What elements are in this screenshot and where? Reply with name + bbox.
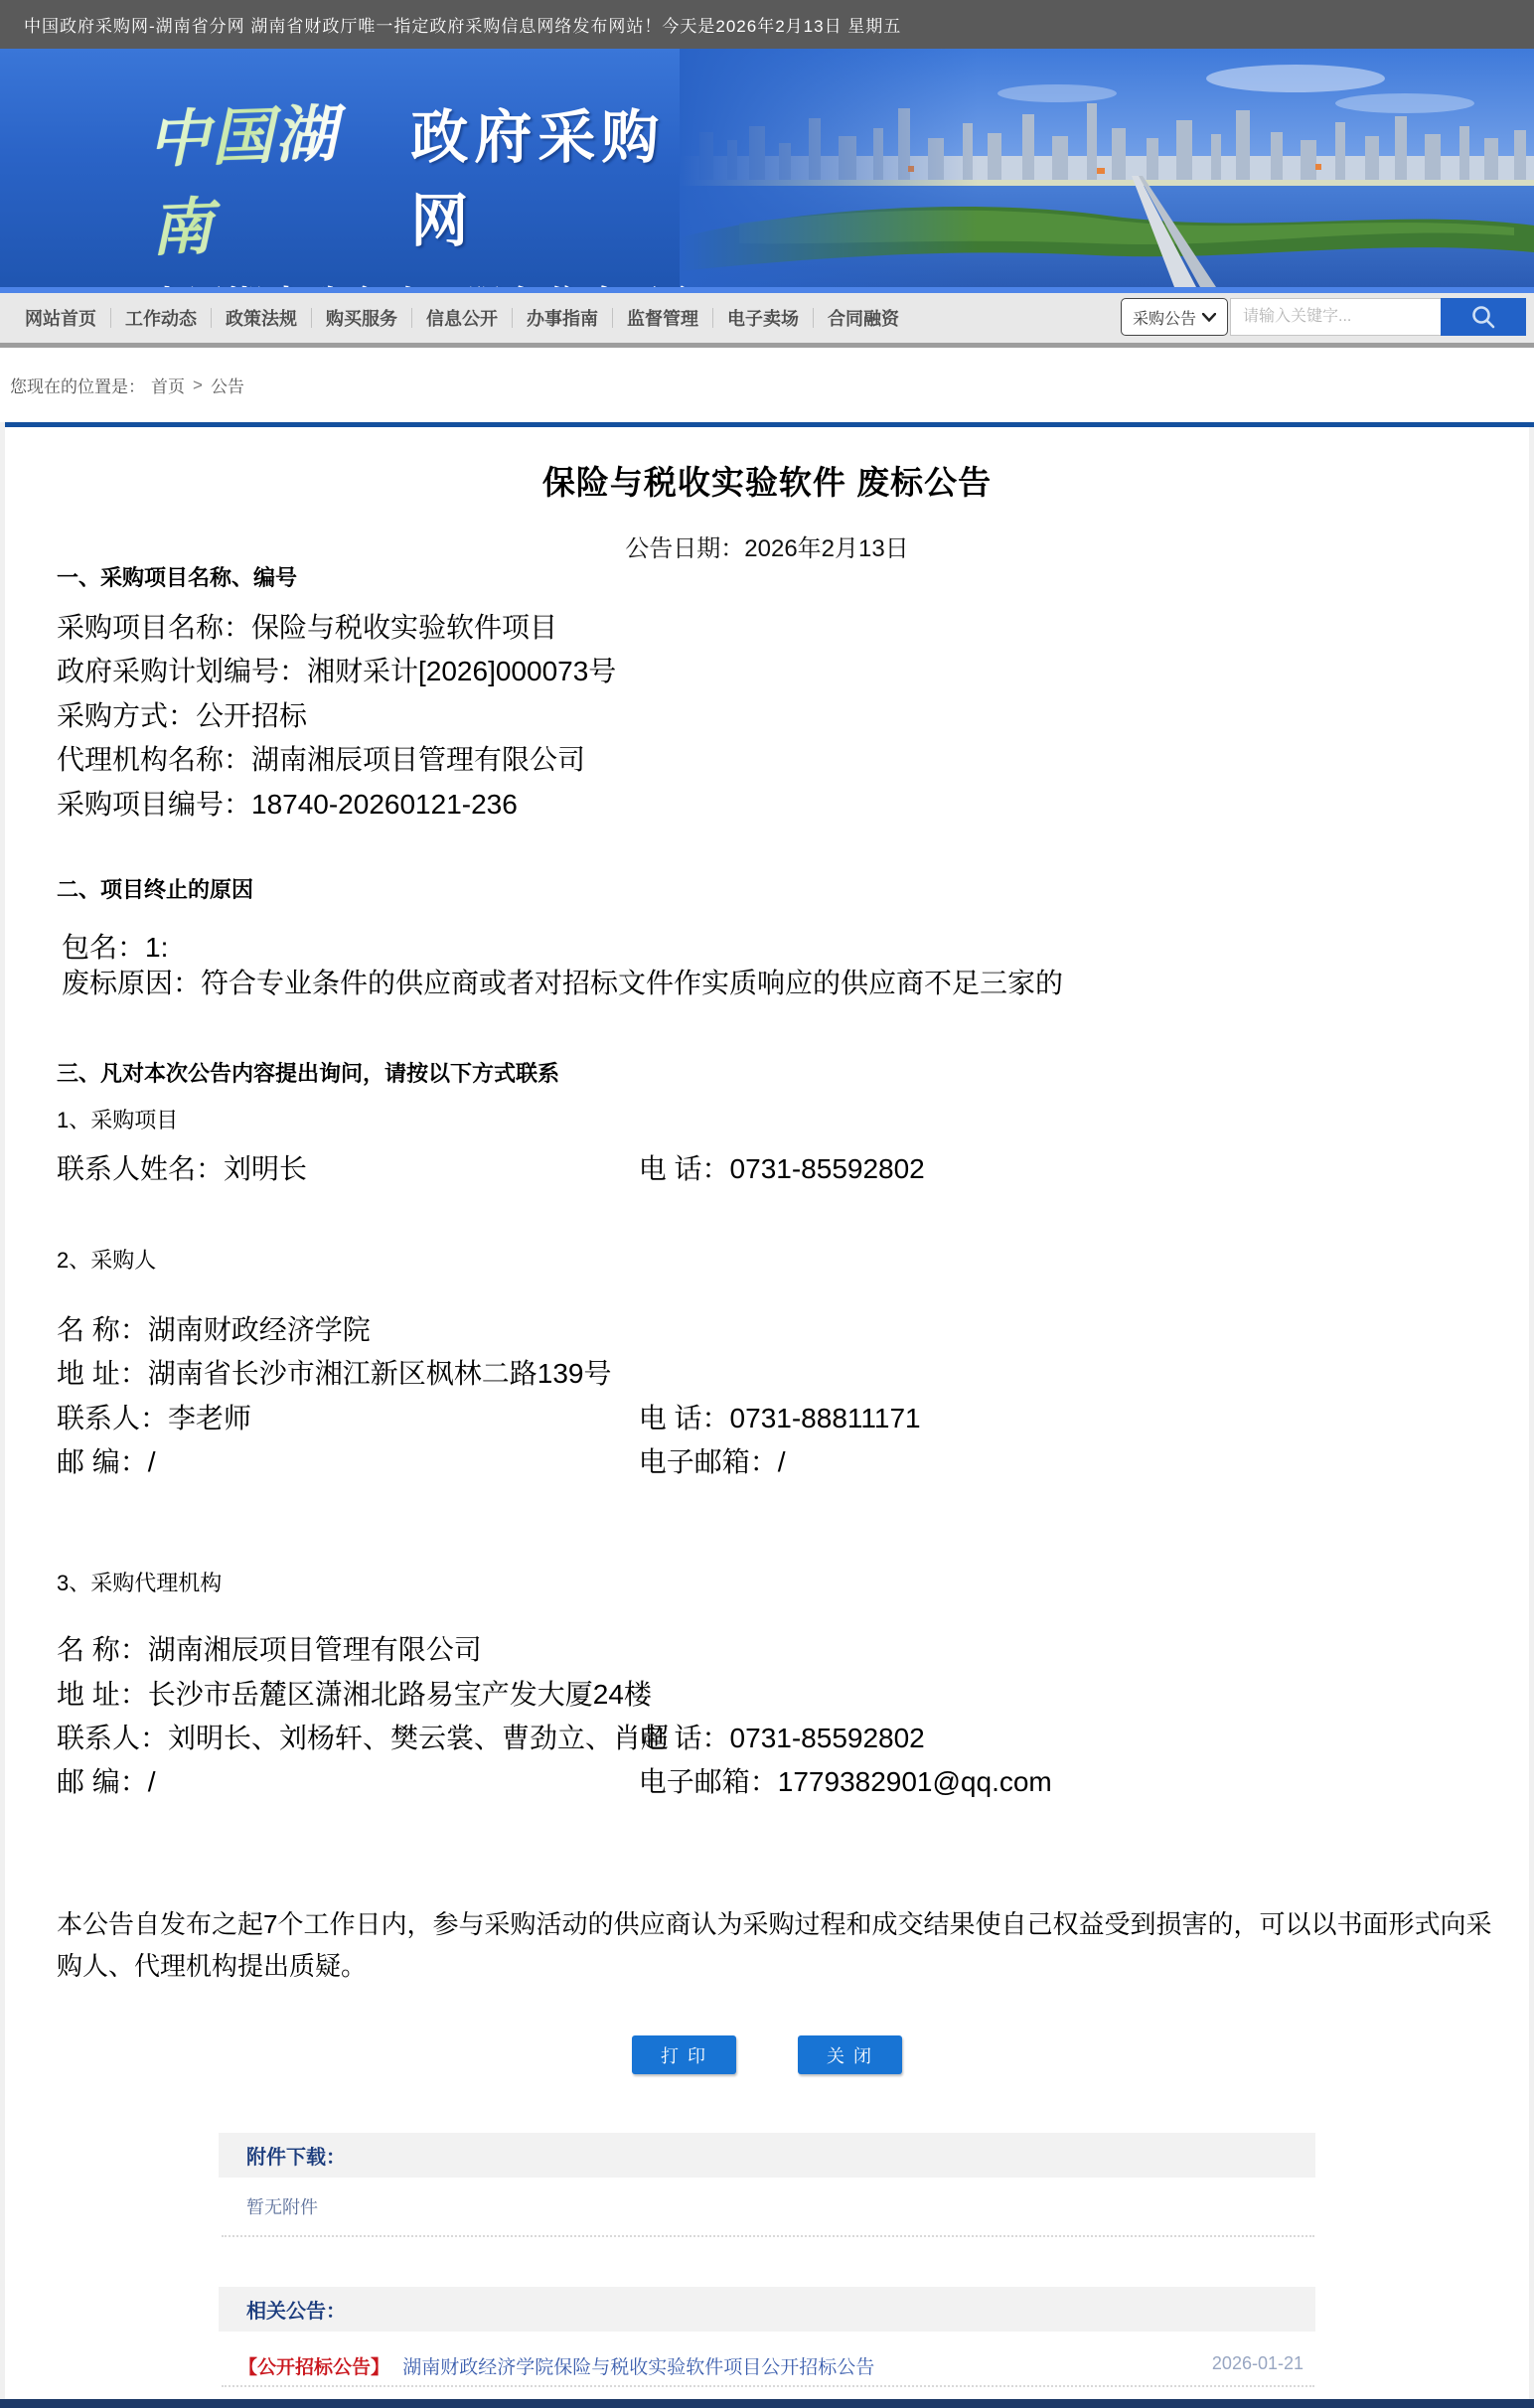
purchaser-contact-name: 联系人：李老师 [57, 1397, 631, 1436]
purchaser-name-line: 名 称：湖南财政经济学院 [57, 1308, 371, 1348]
purchaser-zip: 邮 编：/ [57, 1440, 631, 1480]
project-contact-label: 1、采购项目 [57, 1104, 178, 1134]
related-item-tag: 【公开招标公告】 [238, 2357, 389, 2378]
agency-contact-names: 联系人：刘明长、刘杨轩、樊云裳、曹劲立、肖超 [57, 1717, 631, 1756]
agency-address-line: 地 址：长沙市岳麓区潇湘北路易宝产发大厦24楼 [57, 1673, 652, 1713]
dotted-divider [222, 2385, 1314, 2387]
project-contact-phone: 电 话：0731-85592802 [639, 1153, 925, 1184]
nav-item-work-news[interactable]: 工作动态 [125, 305, 197, 331]
nav-item-info-disclosure[interactable]: 信息公开 [426, 305, 498, 331]
purchaser-address-line: 地 址：湖南省长沙市湘江新区枫林二路139号 [57, 1352, 612, 1392]
nav-item-contract-finance[interactable]: 合同融资 [828, 305, 899, 331]
nav-item-purchase-service[interactable]: 购买服务 [326, 305, 397, 331]
nav-separator [211, 308, 212, 328]
page: 中国政府采购网-湖南省分网 湖南省财政厅唯一指定政府采购信息网络发布网站！今天是… [0, 0, 1534, 2408]
search-group: 采购公告 [1121, 298, 1526, 336]
print-button[interactable]: 打 印 [632, 2035, 736, 2074]
site-logo: 中国湖南 政府采购网 中国湖南政府购买服务信息平台 http://ccgp-hu… [149, 86, 725, 293]
nav-separator [712, 308, 713, 328]
nav-separator [813, 308, 814, 328]
project-number-line: 采购项目编号：18740-20260121-236 [57, 783, 518, 823]
search-category-select[interactable]: 采购公告 [1121, 298, 1228, 336]
logo-main-text: 政府采购网 [410, 90, 725, 257]
dotted-divider [222, 2235, 1314, 2237]
nav-separator [110, 308, 111, 328]
nav-separator [411, 308, 412, 328]
section3-heading: 三、凡对本次公告内容提出询问，请按以下方式联系 [57, 1057, 559, 1088]
breadcrumb-current-link[interactable]: 公告 [211, 373, 244, 397]
announcement-title: 保险与税收实验软件 废标公告 [5, 457, 1529, 504]
announcement-content: 保险与税收实验软件 废标公告 公告日期：2026年2月13日 一、采购项目名称、… [5, 427, 1529, 2399]
project-contact-row: 联系人姓名：刘明长 电 话：0731-85592802 [57, 1147, 925, 1187]
purchaser-zip-row: 邮 编：/ 电子邮箱：/ [57, 1440, 786, 1480]
nav-item-policy[interactable]: 政策法规 [226, 305, 297, 331]
search-button[interactable] [1441, 298, 1526, 336]
attachments-empty-text: 暂无附件 [246, 2193, 318, 2219]
related-item-link[interactable]: 湖南财政经济学院保险与税收实验软件项目公开招标公告 [402, 2357, 874, 2378]
agency-name-line2: 名 称：湖南湘辰项目管理有限公司 [57, 1628, 482, 1668]
search-icon [1470, 304, 1496, 330]
attachments-heading-text: 附件下载： [246, 2141, 346, 2170]
breadcrumb-home-link[interactable]: 首页 [151, 373, 185, 397]
logo-calligraphy-text: 中国湖南 [146, 82, 403, 268]
nav-separator [512, 308, 513, 328]
purchaser-contact-row: 联系人：李老师 电 话：0731-88811171 [57, 1397, 921, 1436]
agency-zip: 邮 编：/ [57, 1760, 631, 1800]
plan-number-line: 政府采购计划编号：湘财采计[2026]000073号 [57, 650, 616, 689]
section2-heading: 二、项目终止的原因 [57, 873, 253, 904]
breadcrumb: 您现在的位置是： 首页 > 公告 [0, 348, 1534, 422]
purchaser-label: 2、采购人 [57, 1244, 156, 1275]
attachments-header: 附件下载： [219, 2133, 1315, 2178]
procurement-method-line: 采购方式：公开招标 [57, 694, 307, 734]
nav-item-e-market[interactable]: 电子卖场 [727, 305, 799, 331]
site-header: 中国湖南 政府采购网 中国湖南政府购买服务信息平台 http://ccgp-hu… [0, 49, 1534, 293]
search-category-value: 采购公告 [1133, 306, 1196, 329]
announcement-date: 公告日期：2026年2月13日 [5, 528, 1529, 563]
search-input[interactable] [1230, 298, 1441, 336]
related-item-date: 2026-01-21 [1212, 2353, 1304, 2374]
close-button[interactable]: 关 闭 [798, 2035, 902, 2074]
breadcrumb-prefix: 您现在的位置是： [10, 373, 145, 397]
breadcrumb-separator: > [193, 376, 203, 395]
nav-item-supervision[interactable]: 监督管理 [627, 305, 698, 331]
nav-item-home[interactable]: 网站首页 [25, 305, 96, 331]
agency-label: 3、采购代理机构 [57, 1567, 222, 1597]
related-announcements-header: 相关公告： [219, 2287, 1315, 2332]
nav-separator [612, 308, 613, 328]
project-name-line: 采购项目名称：保险与税收实验软件项目 [57, 606, 557, 646]
agency-zip-row: 邮 编：/ 电子邮箱：1779382901@qq.com [57, 1760, 1052, 1800]
purchaser-email: 电子邮箱：/ [639, 1446, 786, 1477]
package-name-line: 包名：1: [62, 926, 168, 966]
top-notice-text: 中国政府采购网-湖南省分网 湖南省财政厅唯一指定政府采购信息网络发布网站！今天是… [24, 12, 901, 37]
chevron-down-icon [1202, 313, 1216, 322]
agency-contact-phone: 电 话：0731-85592802 [639, 1723, 925, 1753]
objection-notice: 本公告自发布之起7个工作日内，参与采购活动的供应商认为采购过程和成交结果使自己权… [57, 1903, 1493, 1987]
project-contact-name: 联系人姓名：刘明长 [57, 1147, 631, 1187]
agency-name-line: 代理机构名称：湖南湘辰项目管理有限公司 [57, 738, 585, 778]
cancel-reason-line: 废标原因：符合专业条件的供应商或者对招标文件作实质响应的供应商不足三家的 [62, 962, 1063, 1001]
agency-contact-row: 联系人：刘明长、刘杨轩、樊云裳、曹劲立、肖超 电 话：0731-85592802 [57, 1717, 925, 1756]
related-heading-text: 相关公告： [246, 2295, 346, 2324]
nav-separator [311, 308, 312, 328]
action-buttons: 打 印 关 闭 [5, 2035, 1529, 2074]
nav-item-guide[interactable]: 办事指南 [527, 305, 598, 331]
city-panorama-image [680, 49, 1534, 287]
footer-bar [0, 2399, 1534, 2408]
section1-heading: 一、采购项目名称、编号 [57, 561, 297, 592]
top-notice-bar: 中国政府采购网-湖南省分网 湖南省财政厅唯一指定政府采购信息网络发布网站！今天是… [0, 0, 1534, 49]
purchaser-contact-phone: 电 话：0731-88811171 [639, 1403, 921, 1433]
agency-email: 电子邮箱：1779382901@qq.com [639, 1766, 1052, 1797]
related-announcement-item: 【公开招标公告】 湖南财政经济学院保险与税收实验软件项目公开招标公告 2026-… [238, 2352, 1304, 2379]
